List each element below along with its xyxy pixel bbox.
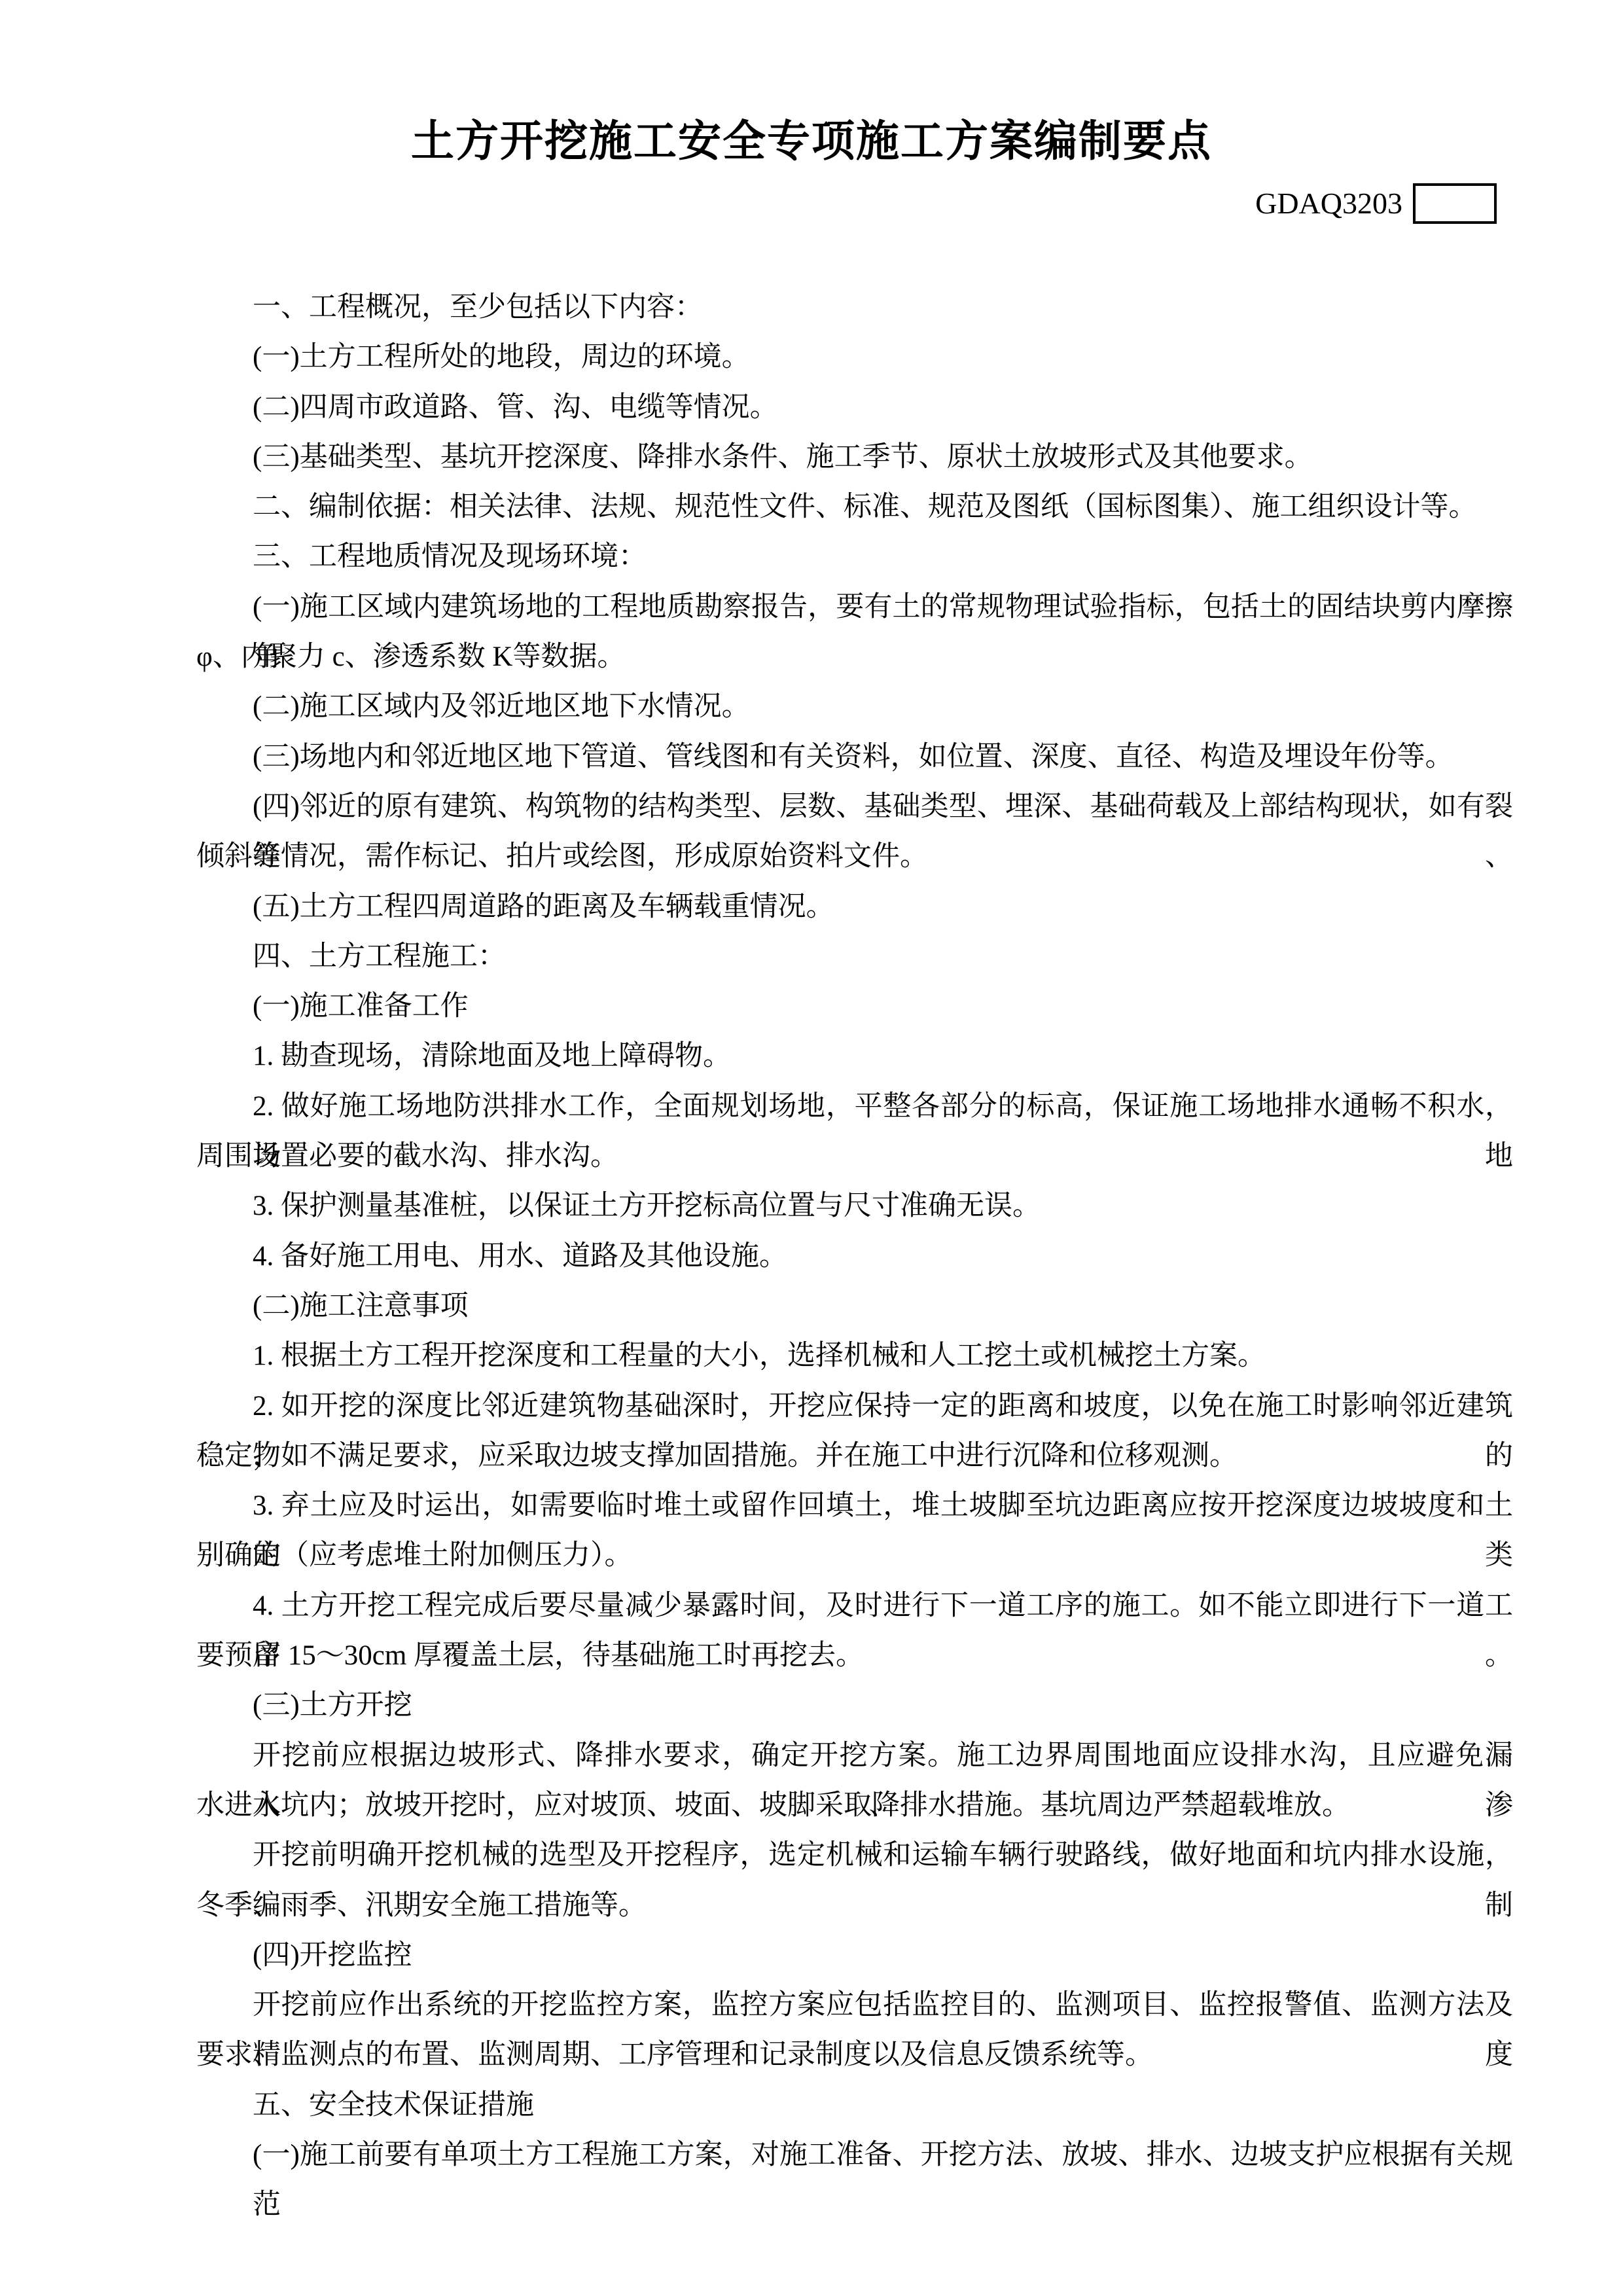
text-line: 3. 弃土应及时运出，如需要临时堆土或留作回填土，堆土坡脚至坑边距离应按开挖深度… bbox=[196, 1481, 1513, 1531]
text-line: 四、土方工程施工： bbox=[196, 932, 1513, 982]
text-line: (五)土方工程四周道路的距离及车辆载重情况。 bbox=[196, 882, 1513, 932]
text-line: (四)邻近的原有建筑、构筑物的结构类型、层数、基础类型、埋深、基础荷载及上部结构… bbox=[196, 782, 1513, 832]
text-line: 五、安全技术保证措施 bbox=[196, 2081, 1513, 2130]
text-line: 2. 做好施工场地防洪排水工作，全面规划场地，平整各部分的标高，保证施工场地排水… bbox=[196, 1082, 1513, 1132]
text-line: 开挖前应作出系统的开挖监控方案，监控方案应包括监控目的、监测项目、监控报警值、监… bbox=[196, 1981, 1513, 2030]
text-line: (二)施工区域内及邻近地区地下水情况。 bbox=[196, 682, 1513, 732]
text-line: (二)四周市政道路、管、沟、电缆等情况。 bbox=[196, 383, 1513, 433]
text-line: 1. 勘查现场，清除地面及地上障碍物。 bbox=[196, 1031, 1513, 1081]
text-line: 三、工程地质情况及现场环境： bbox=[196, 532, 1513, 582]
text-line: φ、内聚力 c、渗透系数 K等数据。 bbox=[196, 632, 1513, 682]
text-line: (三)场地内和邻近地区地下管道、管线图和有关资料，如位置、深度、直径、构造及埋设… bbox=[196, 732, 1513, 782]
text-line: (三)基础类型、基坑开挖深度、降排水条件、施工季节、原状土放坡形式及其他要求。 bbox=[196, 433, 1513, 482]
page-title: 土方开挖施工安全专项施工方案编制要点 bbox=[0, 117, 1623, 166]
text-line: 一、工程概况，至少包括以下内容： bbox=[196, 283, 1513, 332]
doc-code: GDAQ3203 bbox=[1255, 183, 1402, 224]
text-line: 水进入坑内；放坡开挖时，应对坡顶、坡面、坡脚采取降排水措施。基坑周边严禁超载堆放… bbox=[196, 1781, 1513, 1831]
text-line: 开挖前应根据边坡形式、降排水要求，确定开挖方案。施工边界周围地面应设排水沟，且应… bbox=[196, 1731, 1513, 1781]
text-line: (一)施工前要有单项土方工程施工方案，对施工准备、开挖方法、放坡、排水、边坡支护… bbox=[196, 2130, 1513, 2180]
text-line: 开挖前明确开挖机械的选型及开挖程序，选定机械和运输车辆行驶路线，做好地面和坑内排… bbox=[196, 1831, 1513, 1880]
text-line: 二、编制依据：相关法律、法规、规范性文件、标准、规范及图纸（国标图集）、施工组织… bbox=[196, 482, 1513, 532]
text-line: 1. 根据土方工程开挖深度和工程量的大小，选择机械和人工挖土或机械挖土方案。 bbox=[196, 1331, 1513, 1381]
text-line: (一)土方工程所处的地段，周边的环境。 bbox=[196, 332, 1513, 382]
text-line: (三)土方开挖 bbox=[196, 1681, 1513, 1731]
text-line: 3. 保护测量基准桩，以保证土方开挖标高位置与尺寸准确无误。 bbox=[196, 1181, 1513, 1231]
text-line: (一)施工区域内建筑场地的工程地质勘察报告，要有土的常规物理试验指标，包括土的固… bbox=[196, 583, 1513, 632]
doc-code-box bbox=[1413, 183, 1497, 224]
text-line: 2. 如开挖的深度比邻近建筑物基础深时，开挖应保持一定的距离和坡度，以免在施工时… bbox=[196, 1382, 1513, 1431]
text-line: (一)施工准备工作 bbox=[196, 982, 1513, 1031]
text-line: 4. 土方开挖工程完成后要尽量减少暴露时间，及时进行下一道工序的施工。如不能立即… bbox=[196, 1581, 1513, 1631]
text-line: (四)开挖监控 bbox=[196, 1931, 1513, 1981]
text-line: 4. 备好施工用电、用水、道路及其他设施。 bbox=[196, 1232, 1513, 1282]
document-page: 土方开挖施工安全专项施工方案编制要点 GDAQ3203 一、工程概况，至少包括以… bbox=[0, 0, 1623, 2296]
text-line: (二)施工注意事项 bbox=[196, 1282, 1513, 1331]
document-body: 一、工程概况，至少包括以下内容：(一)土方工程所处的地段，周边的环境。(二)四周… bbox=[196, 283, 1513, 2180]
doc-code-row: GDAQ3203 bbox=[1255, 183, 1497, 224]
